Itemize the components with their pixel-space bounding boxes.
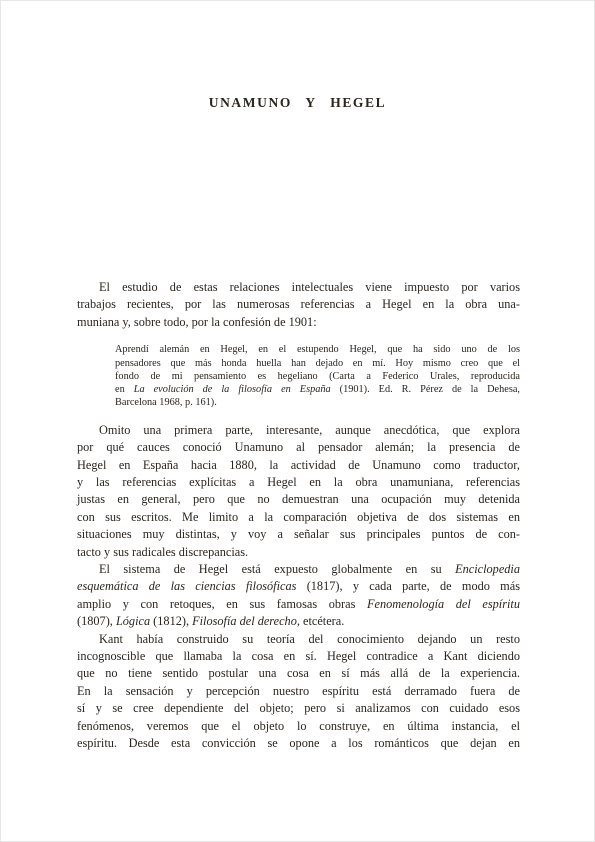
text-segment: , etcétera. bbox=[297, 614, 344, 628]
text-line: tacto y sus radicales discrepancias. bbox=[77, 544, 520, 561]
block-quote: Aprendí alemán en Hegel, en el estupendo… bbox=[115, 343, 520, 409]
text-segment: Aprendí alemán en Hegel, en el estupendo… bbox=[115, 344, 520, 355]
text-segment: y las referencias explícitas a Hegel en … bbox=[77, 475, 520, 489]
text-segment: muniana y, sobre todo, por la confesión … bbox=[77, 315, 317, 329]
text-line: fondo de mi pensamiento es hegeliano (Ca… bbox=[115, 370, 520, 383]
text-line: espíritu. Desde esta convicción se opone… bbox=[77, 735, 520, 752]
text-segment: fondo de mi pensamiento es hegeliano (Ca… bbox=[115, 371, 520, 382]
text-segment: justas en general, pero que no demuestra… bbox=[77, 492, 520, 506]
text-line: El sistema de Hegel está expuesto global… bbox=[77, 561, 520, 578]
text-segment: por qué cauces conoció Unamuno al pensad… bbox=[77, 440, 520, 454]
text-segment: Barcelona 1968, p. 161). bbox=[115, 397, 217, 408]
text-line: y las referencias explícitas a Hegel en … bbox=[77, 474, 520, 491]
text-segment: fenómenos, veremos que el objeto lo cons… bbox=[77, 719, 520, 733]
text-segment: pensadores que más honda huella han deja… bbox=[115, 358, 520, 369]
text-segment: espíritu. Desde esta convicción se opone… bbox=[77, 736, 520, 750]
text-line: que no tiene sentido postular una cosa e… bbox=[77, 665, 520, 682]
text-segment: amplio y con retoques, en sus famosas ob… bbox=[77, 597, 367, 611]
text-line: esquemática de las ciencias filosóficas … bbox=[77, 578, 520, 595]
text-line: muniana y, sobre todo, por la confesión … bbox=[77, 314, 520, 331]
text-line: sí y se cree dependiente del objeto; per… bbox=[77, 700, 520, 717]
italic-text: Enciclopedia bbox=[455, 562, 520, 576]
text-body: El estudio de estas relaciones intelectu… bbox=[77, 279, 520, 752]
text-line: Omito una primera parte, interesante, au… bbox=[77, 422, 520, 439]
text-line: incognoscible que llamaba la cosa en sí.… bbox=[77, 648, 520, 665]
page-title: UNAMUNO Y HEGEL bbox=[1, 95, 594, 111]
text-line: con sus escritos. Me limito a la compara… bbox=[77, 509, 520, 526]
text-segment: (1901). Ed. R. Pérez de la Dehesa, bbox=[331, 384, 520, 395]
text-line: Kant había construido su teoría del cono… bbox=[77, 631, 520, 648]
text-segment: sí y se cree dependiente del objeto; per… bbox=[77, 701, 520, 715]
text-segment: con sus escritos. Me limito a la compara… bbox=[77, 510, 520, 524]
text-segment: en bbox=[115, 384, 134, 395]
paragraph: El sistema de Hegel está expuesto global… bbox=[77, 561, 520, 631]
text-segment: (1807), bbox=[77, 614, 116, 628]
text-line: trabajos recientes, por las numerosas re… bbox=[77, 296, 520, 313]
text-segment: El estudio de estas relaciones intelectu… bbox=[99, 280, 520, 294]
italic-text: Fenomenología del espíritu bbox=[367, 597, 520, 611]
text-segment: (1817), y cada parte, de modo más bbox=[296, 579, 520, 593]
text-line: pensadores que más honda huella han deja… bbox=[115, 357, 520, 370]
text-segment: trabajos recientes, por las numerosas re… bbox=[77, 297, 520, 311]
italic-text: La evolución de la filosofía en España bbox=[134, 384, 331, 395]
text-segment: Omito una primera parte, interesante, au… bbox=[99, 423, 520, 437]
italic-text: Filosofía del derecho bbox=[192, 614, 297, 628]
text-segment: El sistema de Hegel está expuesto global… bbox=[99, 562, 455, 576]
text-segment: (1812), bbox=[150, 614, 192, 628]
text-segment: incognoscible que llamaba la cosa en sí.… bbox=[77, 649, 520, 663]
text-line: Aprendí alemán en Hegel, en el estupendo… bbox=[115, 343, 520, 356]
text-line: por qué cauces conoció Unamuno al pensad… bbox=[77, 439, 520, 456]
text-segment: que no tiene sentido postular una cosa e… bbox=[77, 666, 520, 680]
text-segment: tacto y sus radicales discrepancias. bbox=[77, 545, 248, 559]
text-segment: Hegel en España hacia 1880, la actividad… bbox=[77, 458, 520, 472]
text-segment: situaciones muy distintas, y voy a señal… bbox=[77, 527, 520, 541]
text-line: justas en general, pero que no demuestra… bbox=[77, 491, 520, 508]
text-line: El estudio de estas relaciones intelectu… bbox=[77, 279, 520, 296]
text-line: Barcelona 1968, p. 161). bbox=[115, 396, 520, 409]
paragraph: Kant había construido su teoría del cono… bbox=[77, 631, 520, 753]
paragraph: Omito una primera parte, interesante, au… bbox=[77, 422, 520, 561]
text-line: amplio y con retoques, en sus famosas ob… bbox=[77, 596, 520, 613]
text-segment: Kant había construido su teoría del cono… bbox=[99, 632, 520, 646]
scanned-page: UNAMUNO Y HEGEL El estudio de estas rela… bbox=[0, 0, 595, 842]
italic-text: Lógica bbox=[116, 614, 150, 628]
italic-text: esquemática de las ciencias filosóficas bbox=[77, 579, 296, 593]
text-line: Hegel en España hacia 1880, la actividad… bbox=[77, 457, 520, 474]
text-line: (1807), Lógica (1812), Filosofía del der… bbox=[77, 613, 520, 630]
text-segment: En la sensación y percepción nuestro esp… bbox=[77, 684, 520, 698]
text-line: situaciones muy distintas, y voy a señal… bbox=[77, 526, 520, 543]
text-line: en La evolución de la filosofía en Españ… bbox=[115, 383, 520, 396]
paragraph: El estudio de estas relaciones intelectu… bbox=[77, 279, 520, 331]
text-line: En la sensación y percepción nuestro esp… bbox=[77, 683, 520, 700]
text-line: fenómenos, veremos que el objeto lo cons… bbox=[77, 718, 520, 735]
